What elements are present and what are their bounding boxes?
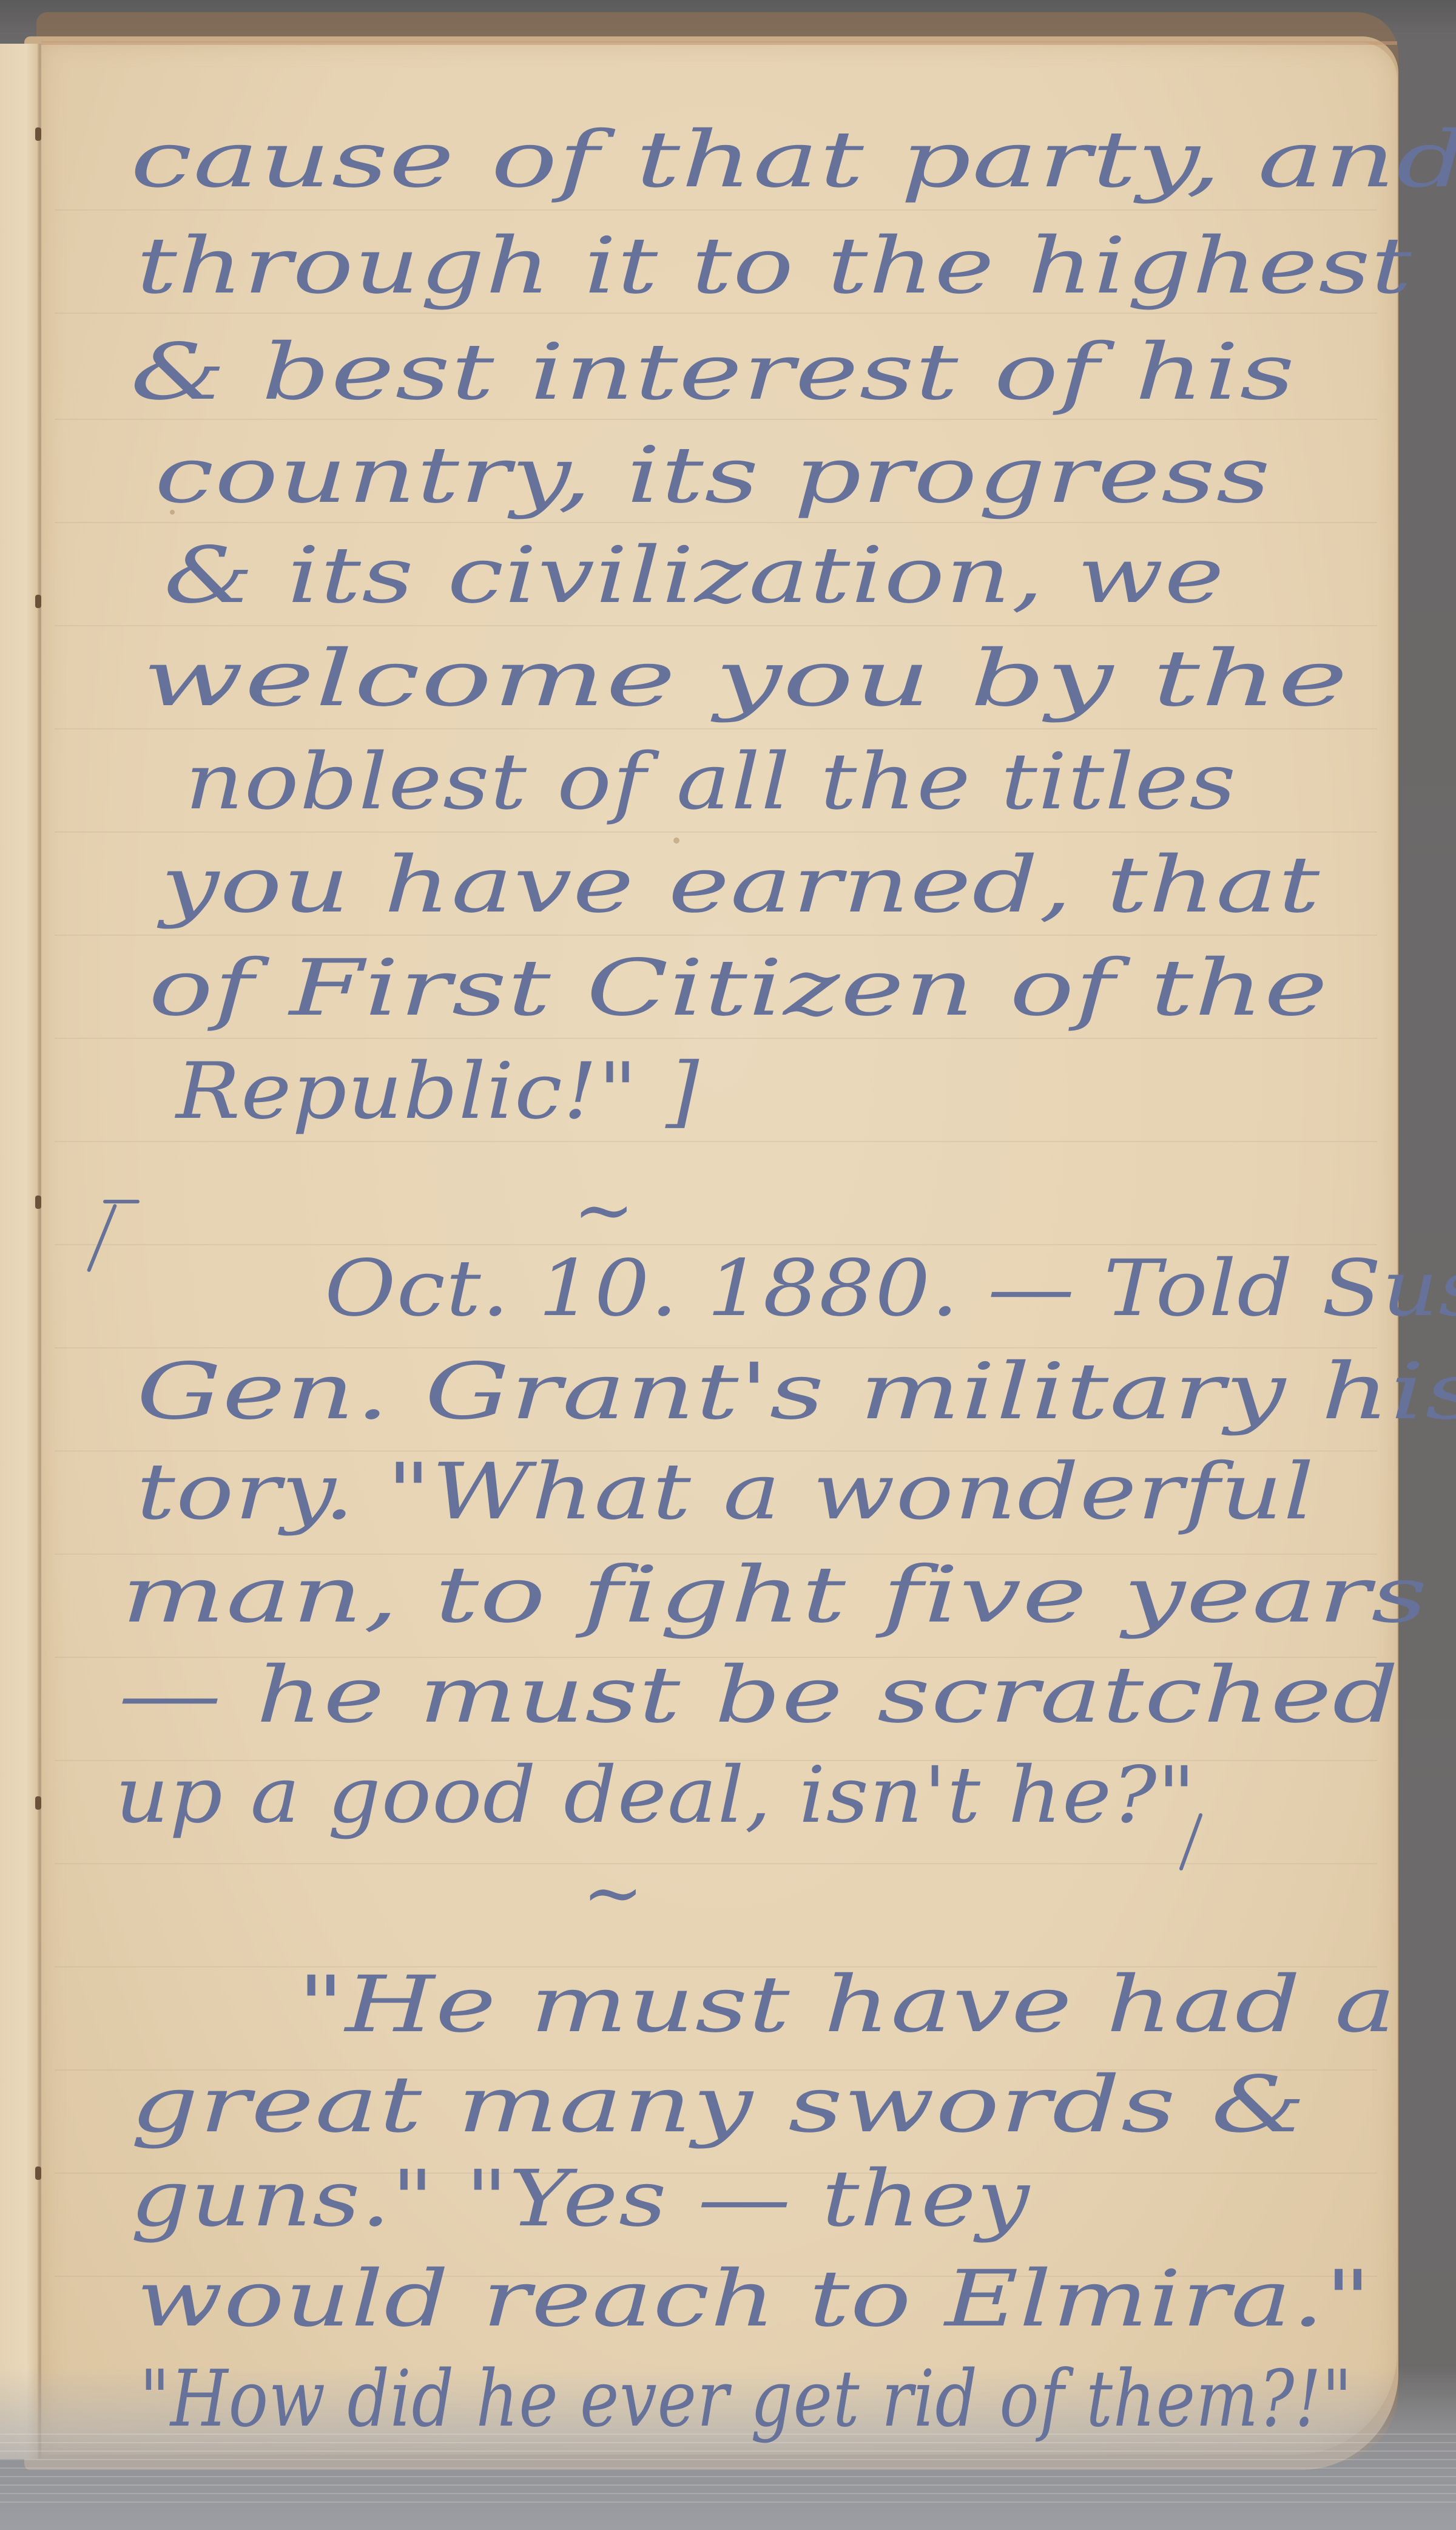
plastic-sleeve-sheen bbox=[0, 2434, 1456, 2506]
handwritten-line: country, its progress bbox=[155, 437, 1271, 515]
handwritten-line: Gen. Grant's military his- bbox=[136, 1353, 1456, 1431]
binding-stitch bbox=[35, 1196, 41, 1209]
section-separator-mark: ~ bbox=[573, 1174, 635, 1247]
handwritten-line: "He must have had a bbox=[297, 1966, 1397, 2044]
handwritten-line: "How did he ever get rid of them?!" bbox=[140, 2361, 1353, 2438]
handwritten-line: great many swords & bbox=[130, 2066, 1307, 2144]
binding-stitch bbox=[35, 2166, 41, 2180]
handwritten-line: tory. "What a wonderful bbox=[136, 1453, 1315, 1531]
ruled-line bbox=[55, 522, 1377, 523]
ruled-line bbox=[55, 419, 1377, 420]
handwritten-line: man, to fight five years bbox=[121, 1557, 1428, 1634]
handwritten-line: Republic!" ] bbox=[176, 1053, 699, 1131]
handwritten-line: — he must be scratched bbox=[118, 1657, 1400, 1734]
handwritten-line: of First Citizen of the bbox=[149, 950, 1329, 1027]
ruled-line bbox=[55, 831, 1377, 833]
ruled-line bbox=[55, 313, 1377, 314]
ruled-line bbox=[55, 935, 1377, 936]
binding-stitch bbox=[35, 127, 41, 141]
handwritten-line: cause of that party, and bbox=[130, 121, 1456, 199]
binding-gutter bbox=[39, 44, 41, 2459]
handwritten-line: Oct. 10. 1880. — Told Susie bbox=[325, 1250, 1456, 1328]
ruled-line bbox=[55, 1141, 1377, 1142]
ruled-line bbox=[55, 1863, 1377, 1864]
handwritten-line: noblest of all the titles bbox=[185, 743, 1236, 821]
binding-stitch bbox=[35, 1796, 41, 1810]
handwritten-line: up a good deal, isn't he?" bbox=[115, 1757, 1196, 1835]
facing-page-edge bbox=[0, 44, 38, 2459]
handwritten-line: through it to the highest bbox=[136, 228, 1412, 305]
handwritten-line: & its civilization, we bbox=[164, 537, 1225, 615]
section-separator-mark: ~ bbox=[582, 1857, 644, 1930]
ruled-line bbox=[55, 209, 1377, 211]
page-top-edge bbox=[41, 41, 1397, 45]
handwritten-line: you have earned, that bbox=[161, 847, 1321, 924]
ruled-line bbox=[55, 1038, 1377, 1039]
handwritten-line: guns." "Yes — they bbox=[130, 2160, 1030, 2238]
handwritten-line: welcome you by the bbox=[143, 640, 1349, 718]
handwritten-line: & best interest of his bbox=[130, 334, 1295, 411]
ruled-line bbox=[55, 728, 1377, 729]
handwritten-line: would reach to Elmira." bbox=[136, 2261, 1372, 2338]
ruled-line bbox=[55, 625, 1377, 626]
binding-stitch bbox=[35, 595, 41, 608]
bracket-mark bbox=[103, 1200, 140, 1203]
